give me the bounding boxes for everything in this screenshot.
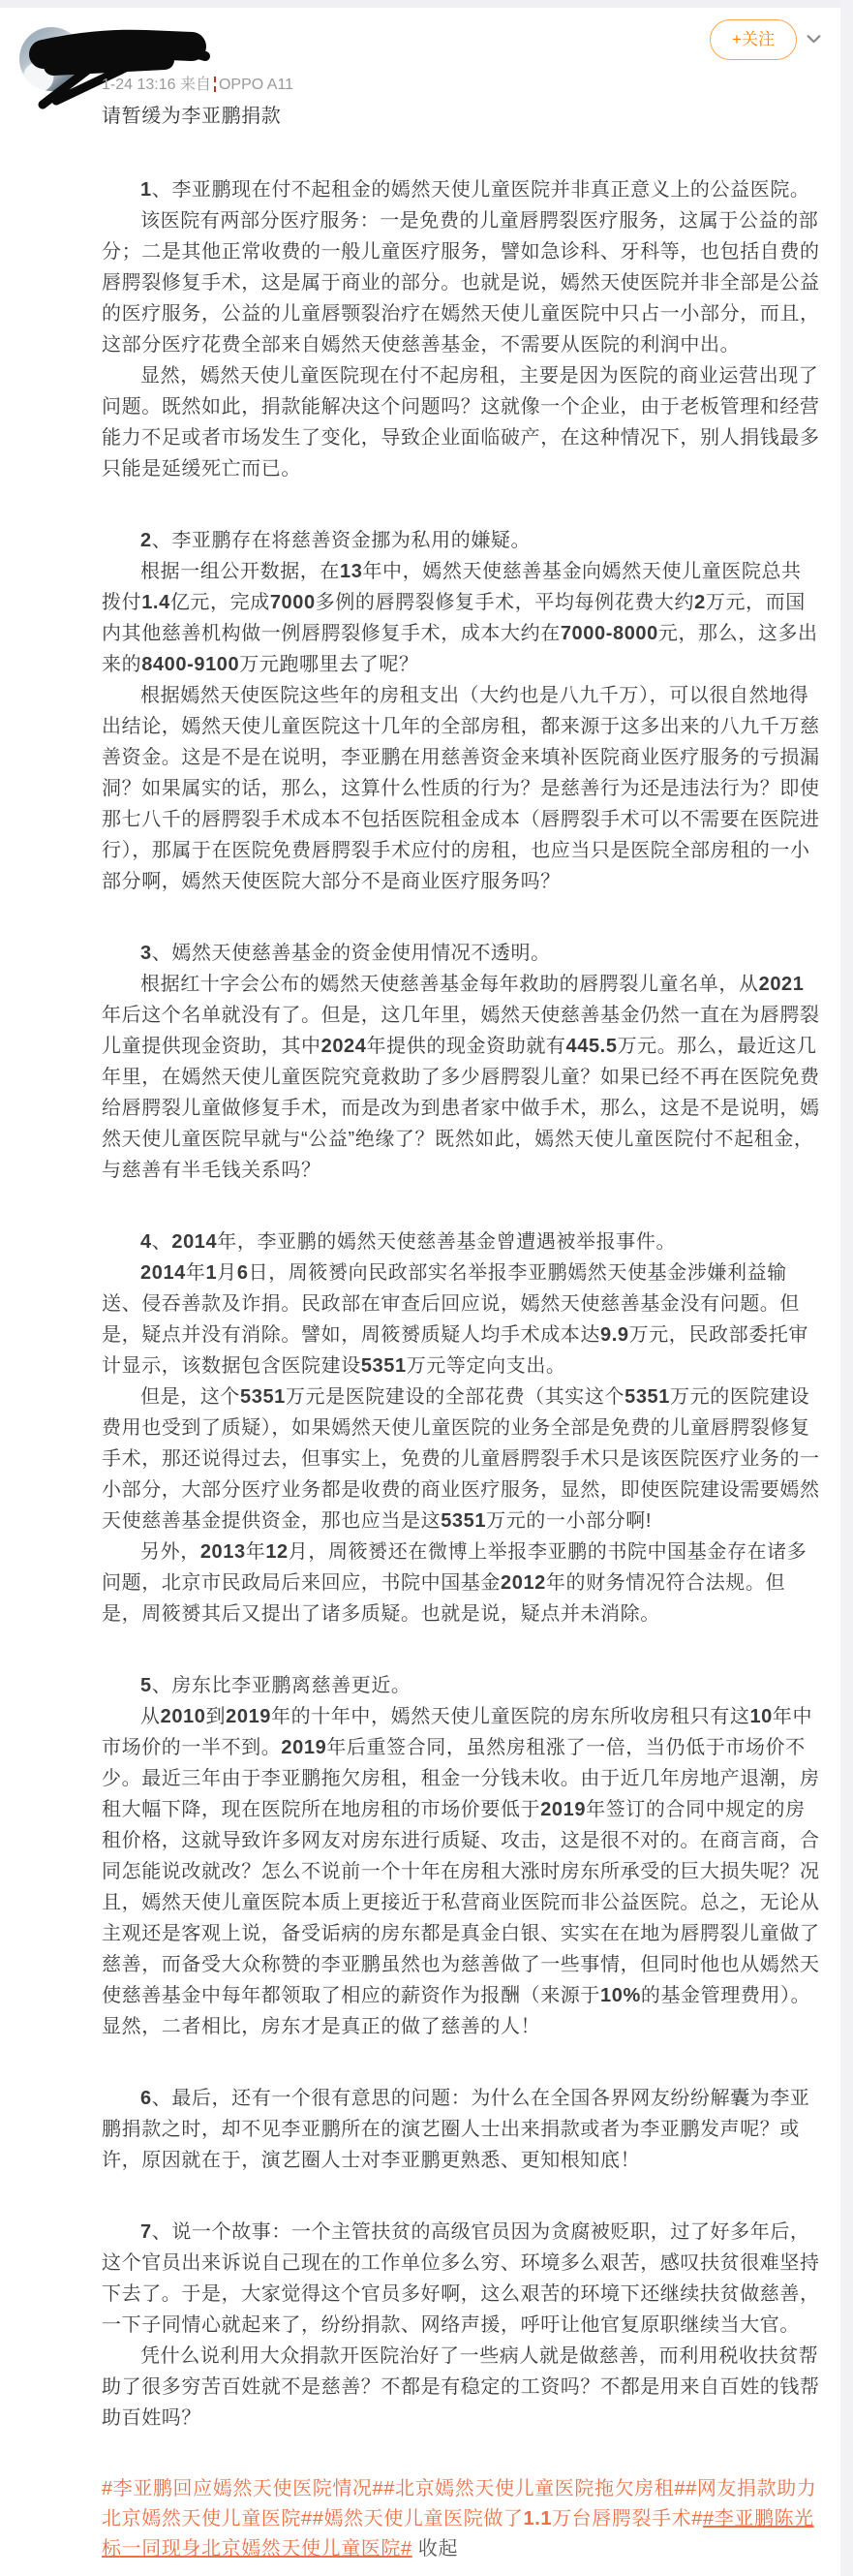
post-paragraph: 2014年1月6日，周筱赟向民政部实名举报李亚鹏嫣然天使基金涉嫌利益输送、侵吞善… <box>102 1257 821 1381</box>
post-paragraph: 4、2014年，李亚鹏的嫣然天使慈善基金曾遭遇被举报事件。 <box>102 1226 821 1257</box>
post-timestamp: 1-24 13:16 <box>102 77 176 93</box>
hashtag-link[interactable]: #北京嫣然天使儿童医院拖欠房租# <box>383 2478 685 2499</box>
weibo-post: +关注 1-24 13:16 来自OPPO A11 请暂缓为李亚鹏捐款 1、李亚… <box>0 0 853 2576</box>
post-header: +关注 1-24 13:16 来自OPPO A11 <box>0 0 853 95</box>
post-paragraph: 1、李亚鹏现在付不起租金的嫣然天使儿童医院并非真正意义上的公益医院。 <box>102 174 821 205</box>
source-prefix: 来自 <box>180 77 211 93</box>
post-paragraph: 7、说一个故事：一个主管扶贫的高级官员因为贪腐被贬职，过了好多年后，这个官员出来… <box>102 2217 821 2341</box>
post-source: OPPO A11 <box>219 77 293 93</box>
timestamp-line: 1-24 13:16 来自OPPO A11 <box>102 72 293 94</box>
follow-button[interactable]: +关注 <box>710 19 797 60</box>
post-section: 3、嫣然天使慈善基金的资金使用情况不透明。根据红十字会公布的嫣然天使慈善基金每年… <box>102 938 821 1186</box>
post-section: 2、李亚鹏存在将慈善资金挪为私用的嫌疑。根据一组公开数据，在13年中，嫣然天使慈… <box>102 525 821 897</box>
post-paragraph: 2、李亚鹏存在将慈善资金挪为私用的嫌疑。 <box>102 525 821 556</box>
post-paragraph: 从2010到2019年的十年中，嫣然天使儿童医院的房东所收房租只有这10年中市场… <box>102 1701 821 2042</box>
post-paragraph: 显然，嫣然天使儿童医院现在付不起房租，主要是因为医院的商业运营出现了问题。既然如… <box>102 360 821 484</box>
post-paragraph: 凭什么说利用大众捐款开医院治好了一些病人就是做慈善，而利用税收扶贫帮助了很多穷苦… <box>102 2341 821 2434</box>
hashtag-link[interactable]: #嫣然天使儿童医院做了1.1万台唇腭裂手术# <box>313 2508 703 2529</box>
post-section: 6、最后，还有一个很有意思的问题：为什么在全国各界网友纷纷解囊为李亚鹏捐款之时，… <box>102 2083 821 2176</box>
post-section: 4、2014年，李亚鹏的嫣然天使慈善基金曾遭遇被举报事件。2014年1月6日，周… <box>102 1226 821 1629</box>
hashtag-link[interactable]: #李亚鹏回应嫣然天使医院情况# <box>102 2478 383 2499</box>
post-paragraph: 3、嫣然天使慈善基金的资金使用情况不透明。 <box>102 938 821 969</box>
page-right-edge <box>840 0 853 2576</box>
hashtag-block: #李亚鹏回应嫣然天使医院情况##北京嫣然天使儿童医院拖欠房租##网友捐款助力北京… <box>102 2474 821 2564</box>
post-content: 请暂缓为李亚鹏捐款 1、李亚鹏现在付不起租金的嫣然天使儿童医院并非真正意义上的公… <box>0 103 853 2564</box>
post-paragraph: 5、房东比李亚鹏离慈善更近。 <box>102 1670 821 1701</box>
post-section: 1、李亚鹏现在付不起租金的嫣然天使儿童医院并非真正意义上的公益医院。该医院有两部… <box>102 174 821 484</box>
post-section: 7、说一个故事：一个主管扶贫的高级官员因为贪腐被贬职，过了好多年后，这个官员出来… <box>102 2217 821 2434</box>
post-paragraph: 但是，这个5351万元是医院建设的全部花费（其实这个5351万元的医院建设费用也… <box>102 1381 821 1536</box>
scribble-redaction <box>29 16 223 112</box>
post-paragraph: 6、最后，还有一个很有意思的问题：为什么在全国各界网友纷纷解囊为李亚鹏捐款之时，… <box>102 2083 821 2176</box>
post-paragraph: 根据红十字会公布的嫣然天使慈善基金每年救助的唇腭裂儿童名单，从2021年后这个名… <box>102 969 821 1186</box>
chevron-down-icon[interactable] <box>806 31 822 47</box>
cursor-artifact <box>214 77 216 92</box>
post-paragraph: 另外，2013年12月，周筱赟还在微博上举报李亚鹏的书院中国基金存在诸多问题，北… <box>102 1536 821 1629</box>
post-paragraph: 该医院有两部分医疗服务：一是免费的儿童唇腭裂医疗服务，这属于公益的部分；二是其他… <box>102 205 821 360</box>
post-body: 1、李亚鹏现在付不起租金的嫣然天使儿童医院并非真正意义上的公益医院。该医院有两部… <box>102 174 821 2434</box>
post-paragraph: 根据一组公开数据，在13年中，嫣然天使慈善基金向嫣然天使儿童医院总共拨付1.4亿… <box>102 556 821 680</box>
post-paragraph: 根据嫣然天使医院这些年的房租支出（大约也是八九千万），可以很自然地得出结论，嫣然… <box>102 680 821 897</box>
post-section: 5、房东比李亚鹏离慈善更近。从2010到2019年的十年中，嫣然天使儿童医院的房… <box>102 1670 821 2042</box>
collapse-link[interactable]: 收起 <box>412 2538 458 2560</box>
